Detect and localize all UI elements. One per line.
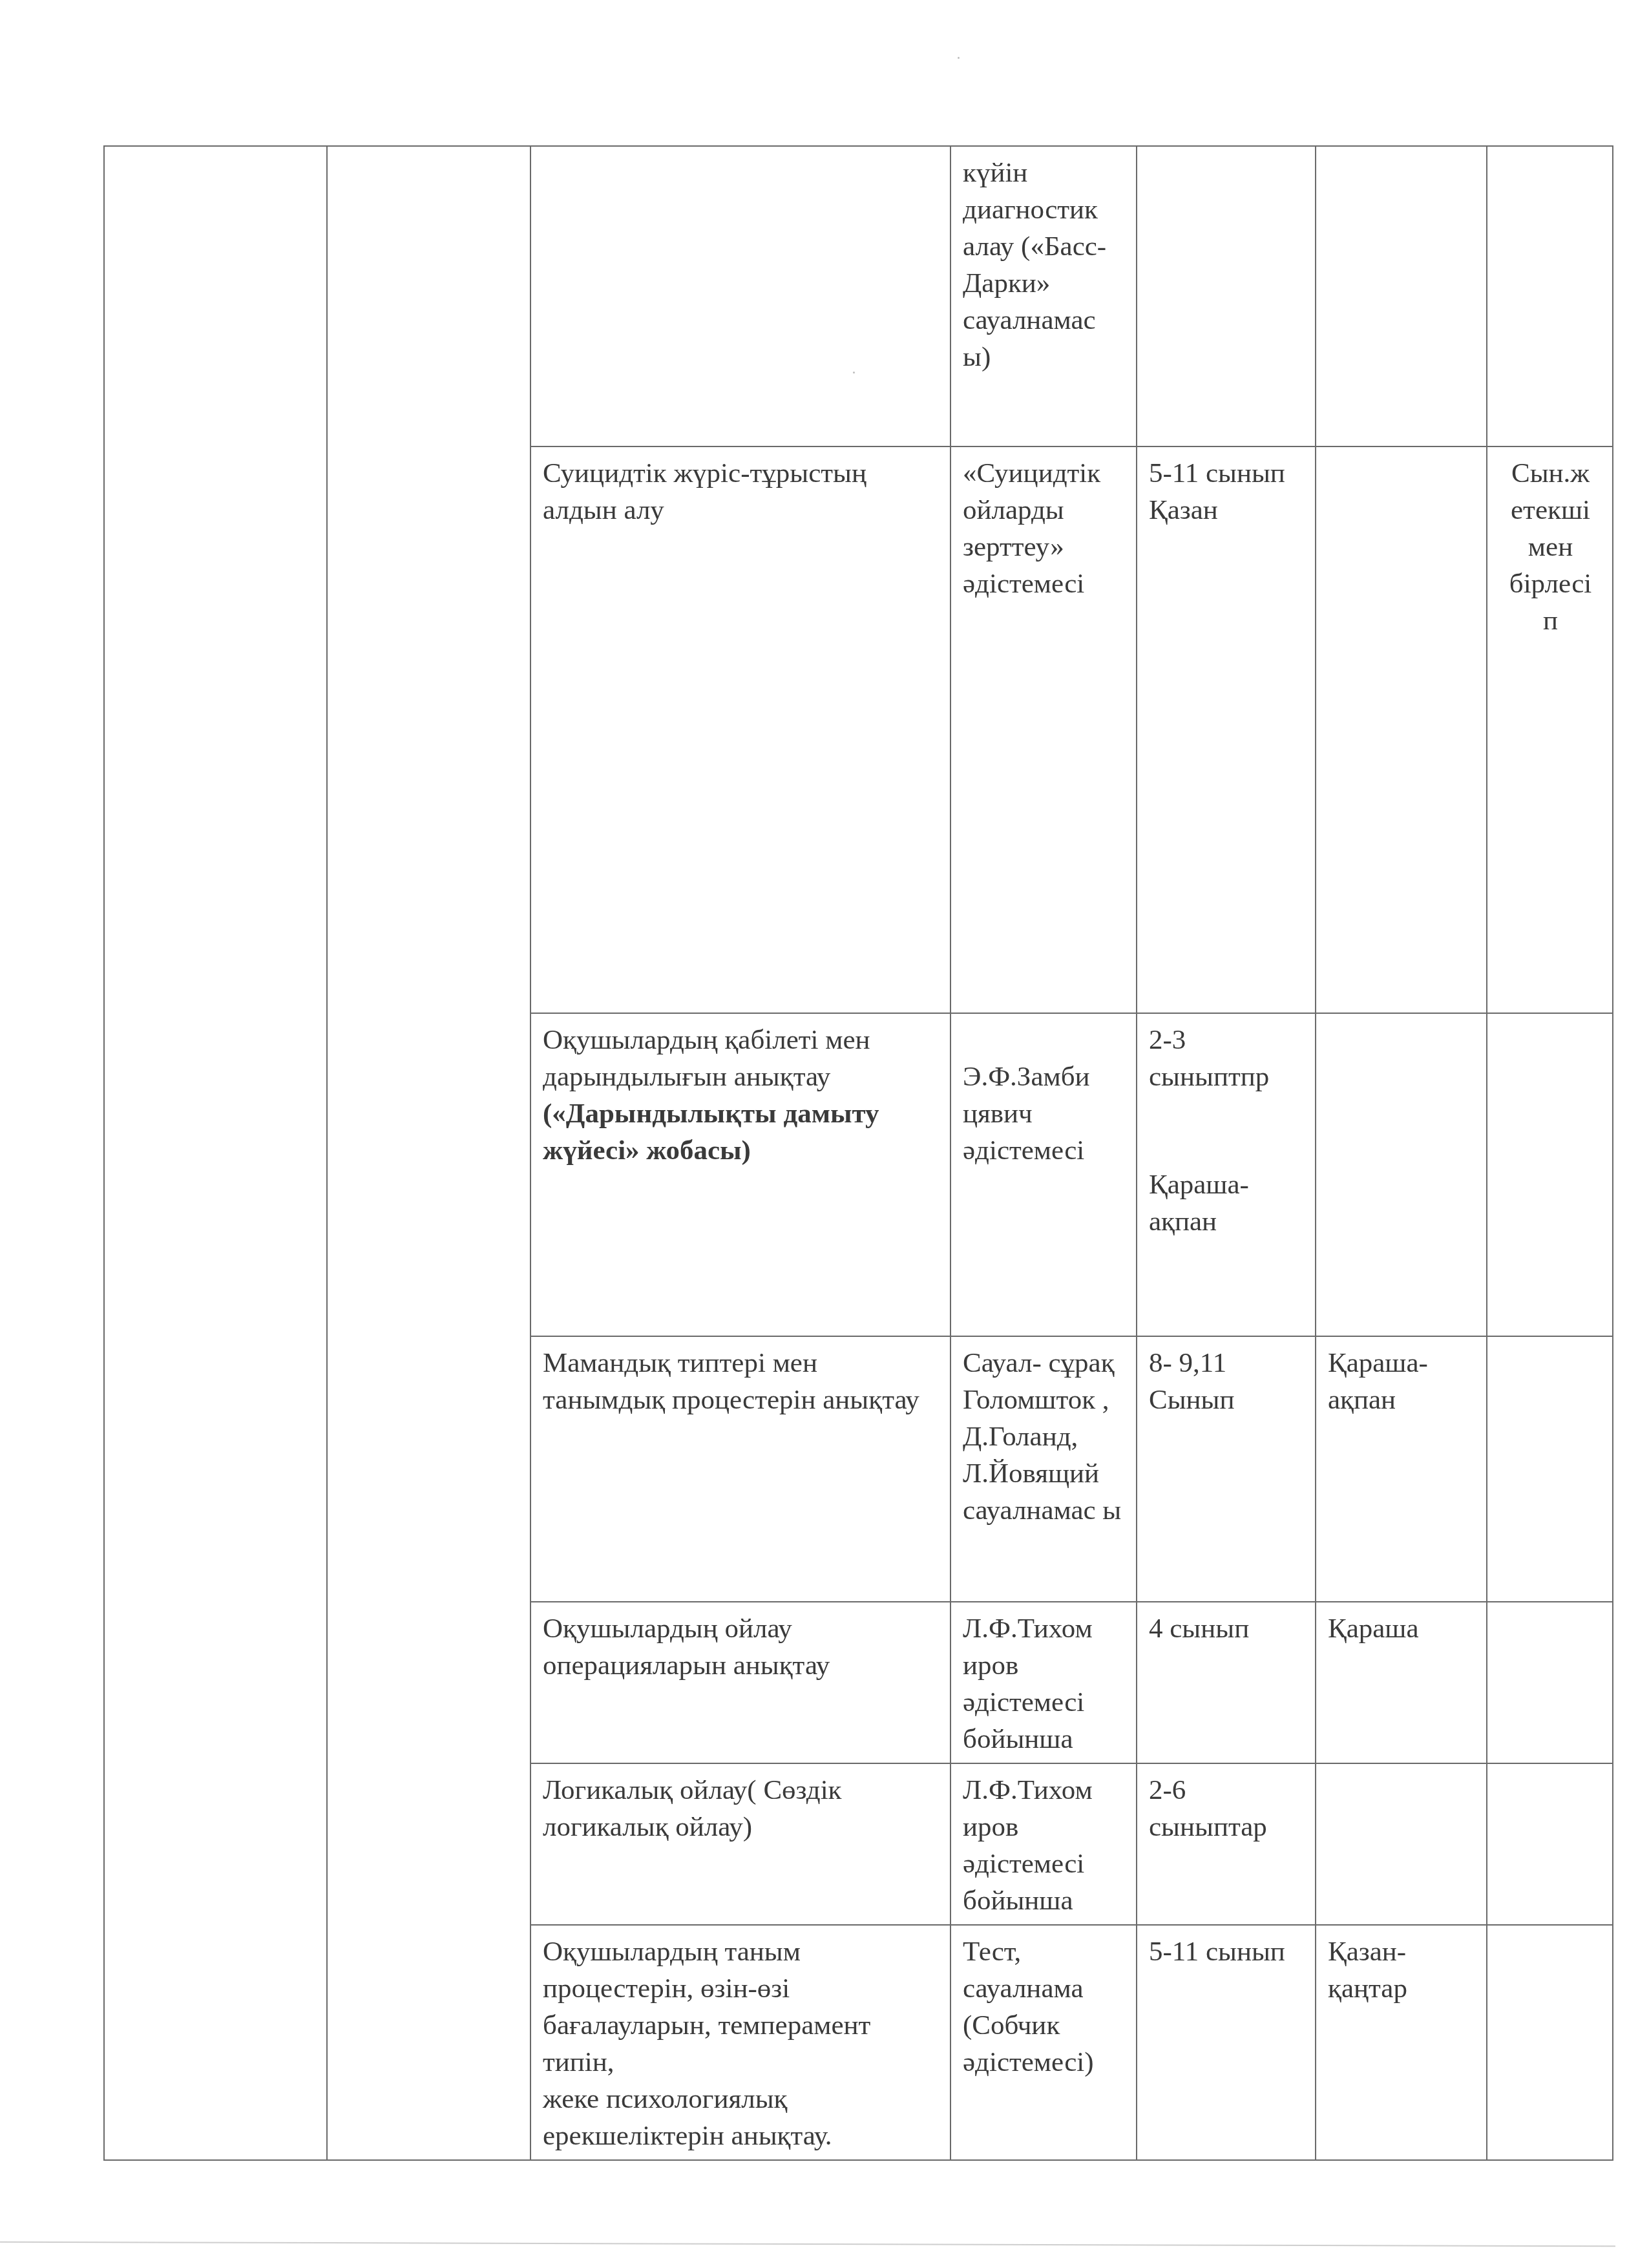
participants-cell	[1137, 146, 1316, 446]
participants-text: 4 сынып	[1149, 1613, 1249, 1644]
method-text: Э.Ф.Замби цявич әдістемесі	[963, 1062, 1090, 1166]
time-text: Қараша	[1328, 1613, 1419, 1644]
responsible-cell	[1487, 1925, 1613, 2160]
activity-text: Логикалық ойлау( Сөздік логикалық ойлау)	[543, 1775, 841, 1842]
activity-cell: Оқушылардың таным процестерін, өзін-өзі …	[530, 1925, 951, 2160]
section-column-cell	[327, 146, 530, 2160]
participants-cell: 8- 9,11 Сынып	[1137, 1336, 1316, 1602]
work-plan-table: күйін диагностик алау («Басс-Дарки» сауа…	[103, 145, 1613, 2161]
time-cell	[1316, 1763, 1487, 1925]
time-cell: Қараша- ақпан	[1316, 1336, 1487, 1602]
method-cell: Тест, сауалнама (Собчик әдістемесі)	[951, 1925, 1137, 2160]
method-text: күйін диагностик алау («Басс-Дарки» сауа…	[963, 158, 1106, 372]
activity-text: Оқушылардың қабілеті мен дарындылығын ан…	[543, 1025, 870, 1092]
method-text: Л.Ф.Тихом иров әдістемесі бойынша	[963, 1775, 1093, 1916]
responsible-cell	[1487, 1602, 1613, 1763]
participants-text: 5-11 сынып Қазан	[1149, 458, 1285, 525]
time-text: Қазан- қаңтар	[1328, 1937, 1407, 2004]
participants-text: 2-6 сыныптар	[1149, 1775, 1267, 1842]
participants-text: 2-3 сыныптпр	[1149, 1025, 1269, 1092]
activity-cell: Суицидтік жүріс-тұрыстың алдын алу	[530, 446, 951, 1013]
responsible-cell	[1487, 1013, 1613, 1336]
activity-text: Оқушылардың ойлау операцияларын анықтау	[543, 1613, 830, 1681]
activity-cell: Оқушылардың қабілеті мен дарындылығын ан…	[530, 1013, 951, 1336]
time-text: Қараша- ақпан	[1328, 1348, 1428, 1415]
table-row: күйін диагностик алау («Басс-Дарки» сауа…	[104, 146, 1613, 446]
time-cell	[1316, 446, 1487, 1013]
period-text: Қараша- ақпан	[1149, 1170, 1249, 1237]
method-text: Тест, сауалнама (Собчик әдістемесі)	[963, 1937, 1094, 2077]
scan-speck	[958, 57, 960, 59]
responsible-cell	[1487, 1763, 1613, 1925]
scan-edge-line	[0, 2242, 1615, 2247]
method-cell: Л.Ф.Тихом иров әдістемесі бойынша	[951, 1763, 1137, 1925]
participants-text: 5-11 сынып	[1149, 1937, 1285, 1967]
participants-cell: 5-11 сынып Қазан	[1137, 446, 1316, 1013]
participants-text: 8- 9,11 Сынып	[1149, 1348, 1235, 1415]
responsible-cell	[1487, 1336, 1613, 1602]
method-text: «Суицидтік ойларды зерттеу» әдістемесі	[963, 458, 1100, 599]
responsible-text: Сын.ж етекші мен бірлесі п	[1509, 458, 1591, 636]
time-cell: Қазан- қаңтар	[1316, 1925, 1487, 2160]
activity-text: Оқушылардың таным процестерін, өзін-өзі …	[543, 1937, 870, 2151]
time-cell	[1316, 1013, 1487, 1336]
method-cell: «Суицидтік ойларды зерттеу» әдістемесі	[951, 446, 1137, 1013]
activity-cell: Мамандық типтері мен танымдық процестері…	[530, 1336, 951, 1602]
method-cell: Сауал- сұрақ Голомшток , Д.Голанд, Л.Йов…	[951, 1336, 1137, 1602]
activity-cell: Логикалық ойлау( Сөздік логикалық ойлау)	[530, 1763, 951, 1925]
activity-text: Мамандық типтері мен танымдық процестері…	[543, 1348, 919, 1415]
time-cell: Қараша	[1316, 1602, 1487, 1763]
method-cell: Э.Ф.Замби цявич әдістемесі	[951, 1013, 1137, 1336]
method-text: Сауал- сұрақ Голомшток , Д.Голанд, Л.Йов…	[963, 1348, 1121, 1526]
activity-project-name: («Дарындылықты дамыту жүйесі» жобасы)	[543, 1098, 879, 1166]
method-text: Л.Ф.Тихом иров әдістемесі бойынша	[963, 1613, 1093, 1754]
participants-cell: 4 сынып	[1137, 1602, 1316, 1763]
participants-cell: 2-6 сыныптар	[1137, 1763, 1316, 1925]
participants-cell: 2-3 сыныптпр Қараша- ақпан	[1137, 1013, 1316, 1336]
time-cell	[1316, 146, 1487, 446]
responsible-cell: Сын.ж етекші мен бірлесі п	[1487, 446, 1613, 1013]
activity-cell: Оқушылардың ойлау операцияларын анықтау	[530, 1602, 951, 1763]
number-column-cell	[104, 146, 327, 2160]
method-cell: күйін диагностик алау («Басс-Дарки» сауа…	[951, 146, 1137, 446]
participants-cell: 5-11 сынып	[1137, 1925, 1316, 2160]
method-cell: Л.Ф.Тихом иров әдістемесі бойынша	[951, 1602, 1137, 1763]
activity-cell	[530, 146, 951, 446]
activity-text: Суицидтік жүріс-тұрыстың алдын алу	[543, 458, 867, 525]
responsible-cell	[1487, 146, 1613, 446]
